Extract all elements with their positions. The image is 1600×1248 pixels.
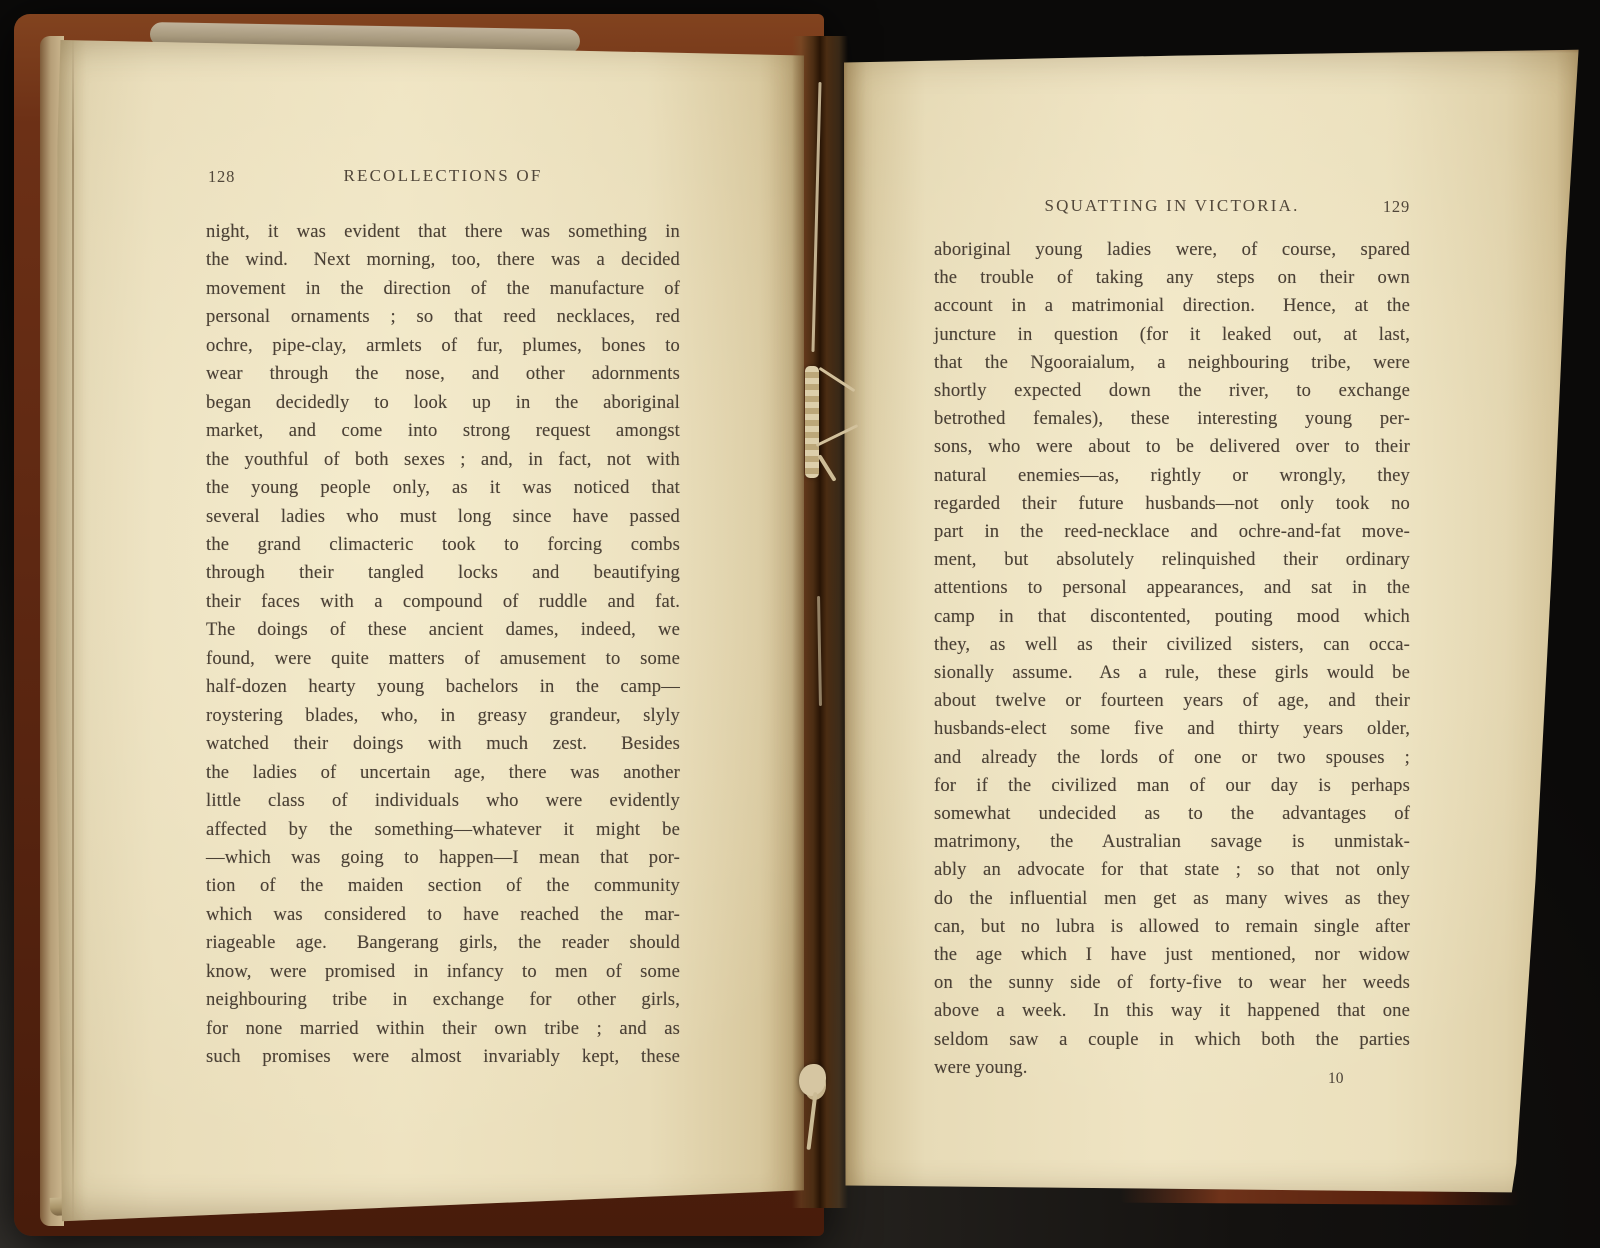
text-line: such promises were almost invariably kep… [206,1043,680,1071]
text-line: account in a matrimonial direction. Henc… [934,292,1410,320]
text-line: the youthful of both sexes ; and, in fac… [206,446,680,474]
text-line: sionally assume. As a rule, these girls … [934,659,1410,687]
text-line: seldom saw a couple in which both the pa… [934,1026,1410,1054]
text-line: that the Ngooraialum, a neighbouring tri… [934,349,1410,377]
text-line: market, and come into strong request amo… [206,417,680,445]
text-line: natural enemies—as, rightly or wrongly, … [934,462,1410,490]
text-line: ment, but absolutely relinquished their … [934,546,1410,574]
text-line: The doings of these ancient dames, indee… [206,616,680,644]
text-line: began decidedly to look up in the aborig… [206,389,680,417]
text-line: do the influential men get as many wives… [934,885,1410,913]
text-line: found, were quite matters of amusement t… [206,645,680,673]
text-line: attentions to personal appearances, and … [934,574,1410,602]
text-line: several ladies who must long since have … [206,503,680,531]
text-line: part in the reed-necklace and ochre-and-… [934,518,1410,546]
right-page-header: SQUATTING IN VICTORIA. 129 [934,196,1410,222]
text-line: can, but no lubra is allowed to remain s… [934,913,1410,941]
text-line: neighbouring tribe in exchange for other… [206,986,680,1014]
text-line: the age which I have just mentioned, nor… [934,941,1410,969]
text-line: affected by the something—whatever it mi… [206,816,680,844]
left-running-header: RECOLLECTIONS OF [206,166,680,186]
text-line: camp in that discontented, pouting mood … [934,603,1410,631]
text-line: half-dozen hearty young bachelors in the… [206,673,680,701]
binding-thread [817,596,822,706]
text-line: on the sunny side of forty-five to wear … [934,969,1410,997]
text-line: matrimony, the Australian savage is unmi… [934,828,1410,856]
text-line: the grand climacteric took to forcing co… [206,531,680,559]
right-page-number: 129 [1383,197,1410,217]
text-line: above a week. In this way it happened th… [934,997,1410,1025]
text-line: husbands-elect some five and thirty year… [934,715,1410,743]
text-line: riageable age. Bangerang girls, the read… [206,929,680,957]
text-line: ochre, pipe-clay, armlets of fur, plumes… [206,332,680,360]
text-line: roystering blades, who, in greasy grande… [206,702,680,730]
binding-thread-knot [799,1064,826,1096]
text-line: somewhat undecided as to the advantages … [934,800,1410,828]
text-line: which was considered to have reached the… [206,901,680,929]
right-page: SQUATTING IN VICTORIA. 129 aboriginal yo… [844,44,1586,1204]
text-line: movement in the direction of the manufac… [206,275,680,303]
text-line: about twelve or fourteen years of age, a… [934,687,1410,715]
text-line: betrothed females), these interesting yo… [934,405,1410,433]
text-line: and already the lords of one or two spou… [934,744,1410,772]
book-gutter [792,36,848,1208]
text-line: for none married within their own tribe … [206,1015,680,1043]
left-page-body: night, it was evident that there was som… [206,218,680,1072]
text-line: the ladies of uncertain age, there was a… [206,759,680,787]
text-line: —which was going to happen—I mean that p… [206,844,680,872]
right-running-header: SQUATTING IN VICTORIA. [934,196,1410,216]
text-line: watched their doings with much zest. Bes… [206,730,680,758]
signature-mark: 10 [1328,1070,1344,1088]
text-line: juncture in question (for it leaked out,… [934,321,1410,349]
left-page-header: 128 RECOLLECTIONS OF [206,166,680,192]
right-page-body: aboriginal young ladies were, of course,… [934,236,1410,1082]
text-line: the young people only, as it was noticed… [206,474,680,502]
text-line: the wind. Next morning, too, there was a… [206,246,680,274]
text-line: they, as well as their civilized sisters… [934,631,1410,659]
text-line: shortly expected down the river, to exch… [934,377,1410,405]
text-line: night, it was evident that there was som… [206,218,680,246]
binding-thread [811,82,821,352]
text-line: little class of individuals who were evi… [206,787,680,815]
text-line: sons, who were about to be delivered ove… [934,433,1410,461]
binding-thread-loop [817,454,836,482]
text-line: wear through the nose, and other adornme… [206,360,680,388]
left-page: 128 RECOLLECTIONS OF night, it was evide… [56,34,804,1226]
text-line: regarded their future husbands—not only … [934,490,1410,518]
text-line: aboriginal young ladies were, of course,… [934,236,1410,264]
text-line: for if the civilized man of our day is p… [934,772,1410,800]
text-line: know, were promised in infancy to men of… [206,958,680,986]
text-line: through their tangled locks and beautify… [206,559,680,587]
binding-thread-braid [805,366,819,478]
text-line: ably an advocate for that state ; so tha… [934,856,1410,884]
text-line: their faces with a compound of ruddle an… [206,588,680,616]
book-photo-stage: 128 RECOLLECTIONS OF night, it was evide… [0,0,1600,1248]
page-crease [72,34,74,1226]
binding-thread [806,1092,817,1150]
text-line: the trouble of taking any steps on their… [934,264,1410,292]
text-line: personal ornaments ; so that reed neckla… [206,303,680,331]
text-line: tion of the maiden section of the commun… [206,872,680,900]
